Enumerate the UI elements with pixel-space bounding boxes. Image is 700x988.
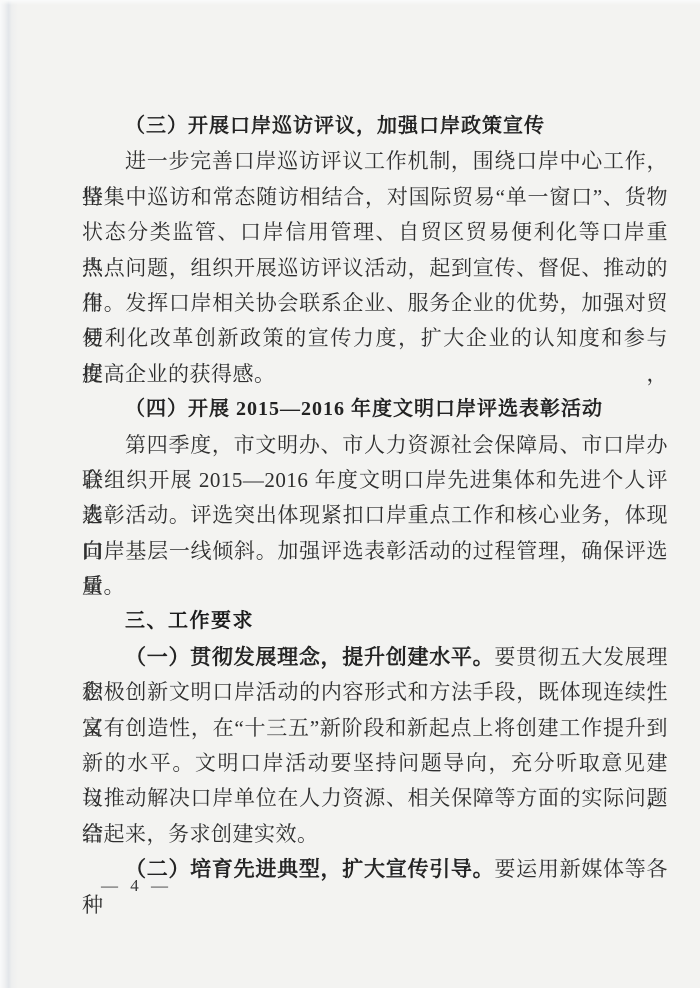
document-page: （三）开展口岸巡访评议，加强口岸政策宣传进一步完善口岸巡访评议工作机制，围绕口岸…: [0, 0, 700, 988]
paragraph-lead-emphasis: （二）培育先进典型，扩大宣传引导。: [125, 857, 494, 881]
text-line: 量。: [82, 569, 668, 604]
text-line: 口岸基层一线倾斜。加强评选表彰活动的过程管理，确保评选质: [82, 534, 668, 569]
text-line: 富有创造性，在“十三五”新阶段和新起点上将创建工作提升到: [82, 711, 668, 746]
scan-edge-artifact-top: [0, 0, 700, 5]
text-line: （四）开展 2015—2016 年度文明口岸评选表彰活动: [82, 392, 668, 427]
text-line: 状态分类监管、口岸信用管理、自贸区贸易便利化等口岸重点、: [82, 215, 668, 250]
text-line: 与推动解决口岸单位在人力资源、相关保障等方面的实际问题结: [82, 781, 668, 816]
text-line: （三）开展口岸巡访评议，加强口岸政策宣传: [82, 109, 668, 144]
page-number: — 4 —: [101, 876, 172, 896]
text-line: 热点问题，组织开展巡访评议活动，起到宣传、督促、推动的作: [82, 251, 668, 286]
text-line: （一）贯彻发展理念，提升创建水平。要贯彻五大发展理念，: [82, 640, 668, 675]
section-heading: （三）开展口岸巡访评议，加强口岸政策宣传: [82, 109, 668, 144]
paragraph: （一）贯彻发展理念，提升创建水平。要贯彻五大发展理念，积极创新文明口岸活动的内容…: [82, 640, 668, 852]
text-line: 新的水平。文明口岸活动要坚持问题导向，充分听取意见建议，: [82, 746, 668, 781]
text-line: 合起来，务求创建实效。: [82, 817, 668, 852]
text-line: 表彰活动。评选突出体现紧扣口岸重点工作和核心业务，体现向: [82, 498, 668, 533]
text-line: 持集中巡访和常态随访相结合，对国际贸易“单一窗口”、货物: [82, 180, 668, 215]
text-line: 合组织开展 2015—2016 年度文明口岸先进集体和先进个人评选: [82, 463, 668, 498]
section-heading: （四）开展 2015—2016 年度文明口岸评选表彰活动: [82, 392, 668, 427]
scan-edge-artifact: [0, 0, 18, 988]
text-line: 便利化改革创新政策的宣传力度，扩大企业的认知度和参与度，: [82, 321, 668, 356]
paragraph: 第四季度，市文明办、市人力资源社会保障局、市口岸办联合组织开展 2015—201…: [82, 428, 668, 605]
text-line: 第四季度，市文明办、市人力资源社会保障局、市口岸办联: [82, 428, 668, 463]
section-heading: 三、工作要求: [82, 604, 668, 639]
paragraph-lead-emphasis: （一）贯彻发展理念，提升创建水平。: [125, 645, 494, 669]
text-line: 进一步完善口岸巡访评议工作机制，围绕口岸中心工作，坚: [82, 144, 668, 179]
text-line: 三、工作要求: [82, 604, 668, 639]
text-line: 积极创新文明口岸活动的内容形式和方法手段，既体现连续性又: [82, 675, 668, 710]
paragraph: 进一步完善口岸巡访评议工作机制，围绕口岸中心工作，坚持集中巡访和常态随访相结合，…: [82, 144, 668, 392]
text-line: 用。发挥口岸相关协会联系企业、服务企业的优势，加强对贸易: [82, 286, 668, 321]
document-body: （三）开展口岸巡访评议，加强口岸政策宣传进一步完善口岸巡访评议工作机制，围绕口岸…: [82, 109, 668, 888]
